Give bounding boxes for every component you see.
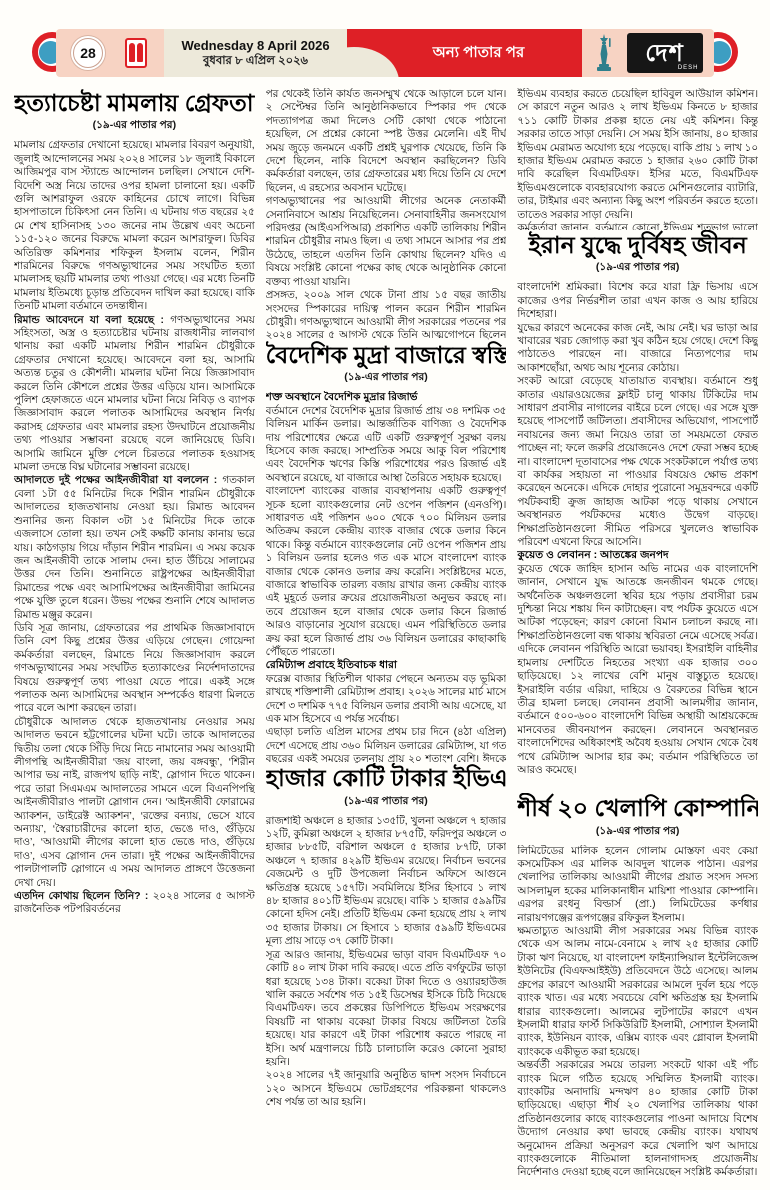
paragraph: ইভিএম ব্যবহার করতে চেয়েছিল হাবিবুল আউয়… [517,88,758,222]
paragraph: প্রসঙ্গত, ২০০৯ সাল থেকে টানা প্রায় ১৫ ব… [266,289,507,340]
paragraph-lead: আদালতে দুই পক্ষের আইনজীবীরা যা বললেন : [14,475,222,486]
paragraph: চৌধুরীকে আদালত থেকে হাজতখানায় নেওয়ার স… [14,716,255,890]
article-headline: হাজার কোটি টাকার ইভিএম এখন [266,763,507,792]
continuation-tag: (১৯-এর পাতার পর) [266,793,507,815]
paragraph: মামলায় গ্রেফতার দেখানো হয়েছে। মামলার ব… [14,139,255,313]
article-text-segment: লিমিটেডের মালিক হলেন গোলাম মোস্তফা এবং ক… [517,845,758,1182]
paragraph: বর্তমানে দেশের বৈদেশিক মুদ্রার রিজার্ভ প… [266,405,507,485]
newspaper-logo: দেশ DESH [627,33,703,73]
article-columns: হত্যাচেষ্টা মামলায় গ্রেফতারের(১৯-এর পাত… [14,88,758,1182]
paragraph: গণঅভ্যুত্থানের পর আওয়ামী লীগের অনেক নেত… [266,195,507,289]
column-3: ইভিএম ব্যবহার করতে চেয়েছিল হাবিবুল আউয়… [517,88,758,1182]
paragraph: যুদ্ধের কারণে অনেকের কাজ নেই, আয় নেই। ঘ… [517,322,758,376]
paragraph: অন্তর্বর্তী সরকারের সময়ে তারল্য সংকটে থ… [517,1059,758,1180]
paragraph: এছাড়া চলতি এপ্রিল মাসের প্রথম চার দিনে … [266,726,507,763]
section-tag: অন্য পাতার পর [433,41,524,66]
date-panel: Wednesday 8 April 2026 বুধবার ৮ এপ্রিল ২… [164,29,347,77]
article-text-segment: বাংলাদেশি শ্রমিকরা। বিশেষ করে যারা ফ্রি … [517,281,758,793]
paragraph: এতদিন কোথায় ছিলেন তিনি? : ২০২৪ সালের ৫ … [14,890,255,917]
paragraph-lead: রিমান্ড আবেদনে যা বলা হয়েছে : [14,315,170,326]
continuation-tag: (১৯-এর পাতার পর) [14,117,255,139]
logo-subtext: DESH [678,65,699,71]
paragraph: কুয়েত থেকে জাহিদ হাসান অভি নামের এক বাং… [517,563,758,643]
date-english: Wednesday 8 April 2026 [181,38,329,54]
page-number-badge: 28 [73,38,103,68]
paragraph: ক্ষমতাচ্যুত আওয়ামী লীগ সরকারের সময় বিভ… [517,925,758,1059]
paragraph: আদালতে দুই পক্ষের আইনজীবীরা যা বললেন : গ… [14,474,255,621]
header-right-strip: দেশ DESH [582,29,714,77]
paragraph: রিমান্ড আবেদনে যা বলা হয়েছে : গণঅভ্যুত্… [14,314,255,475]
article-headline: শীর্ষ ২০ খেলাপি কোম্পানির [517,793,758,822]
edge-ornament-right [714,29,740,77]
continuation-tag: (১৯-এর পাতার পর) [517,259,758,281]
page-number: 28 [80,45,96,61]
paragraph: কর্মকর্তারা জানান, বর্তমানে কোনো ইভিএম শ… [517,222,758,230]
page-header: 28 Wednesday 8 April 2026 বুধবার ৮ এপ্রি… [30,29,740,77]
paragraph: ফরেক্স বাজার স্থিতিশীল থাকার পেছনে অন্যত… [266,673,507,727]
article-text-segment: ইভিএম ব্যবহার করতে চেয়েছিল হাবিবুল আউয়… [517,88,758,230]
article-text-segment: মামলায় গ্রেফতার দেখানো হয়েছে। মামলার ব… [14,139,255,1182]
column-2: পর থেকেই তিনি কার্যত জনসম্মুখ থেকে আড়াল… [266,88,507,1182]
column-1: হত্যাচেষ্টা মামলায় গ্রেফতারের(১৯-এর পাত… [14,88,255,1182]
header-left-strip: 28 [56,29,164,77]
monument-icon [125,38,147,68]
article-subhead: কুয়েত ও লেবানন : আতঙ্কের জনপদ [517,549,758,562]
continuation-tag: (১৯-এর পাতার পর) [517,823,758,845]
paragraph-lead: এতদিন কোথায় ছিলেন তিনি? : [14,891,153,902]
article-subhead: রেমিট্যান্স প্রবাহে ইতিবাচক ধারা [266,659,507,672]
paragraph: বাংলাদেশি শ্রমিকরা। বিশেষ করে যারা ফ্রি … [517,281,758,321]
article-headline: হত্যাচেষ্টা মামলায় গ্রেফতারের [14,88,255,117]
continuation-tag: (১৯-এর পাতার পর) [266,369,507,391]
statue-of-liberty-icon [594,34,614,72]
paragraph: ২০২৪ সালের ৭ই জানুয়ারি অনুষ্ঠিত দ্বাদশ … [266,1069,507,1109]
article-headline: বৈদেশিক মুদ্রা বাজারে স্বস্তি [266,340,507,369]
paragraph: সংকট আরো বেড়েছে যাতায়াত ব্যবস্থায়। বর… [517,375,758,549]
paragraph: বাংলাদেশ ব্যাংকের বাজার ব্যবস্থাপনায় এক… [266,485,507,659]
edge-ornament-left [30,29,56,77]
paragraph: পর থেকেই তিনি কার্যত জনসম্মুখ থেকে আড়াল… [266,88,507,195]
paragraph: এদিকে লেবানন পরিস্থিতি আরো ভয়াবহ। ইসরাই… [517,643,758,777]
paragraph: সূত্র আরও জানায়, ইভিএমের ভাড়া বাবদ বিএ… [266,949,507,1070]
article-text-segment: রাজশাহী অঞ্চলে ৪ হাজার ১৩৫টি, খুলনা অঞ্চ… [266,815,507,1182]
paragraph: ডিবি সূত্র জানায়, গ্রেফতারের পর প্রাথমি… [14,622,255,716]
ornament-half-disc [39,41,56,64]
paragraph: লিমিটেডের মালিক হলেন গোলাম মোস্তফা এবং ক… [517,845,758,925]
newspaper-page: { "colors": { "red":"#de2026", "pink":"#… [0,0,770,1190]
section-banner: অন্য পাতার পর [347,29,582,77]
paragraph: রাজশাহী অঞ্চলে ৪ হাজার ১৩৫টি, খুলনা অঞ্চ… [266,815,507,949]
article-text-segment: শক্ত অবস্থানে বৈদেশিক মুদ্রার রিজার্ভবর্… [266,391,507,763]
date-bengali: বুধবার ৮ এপ্রিল ২০২৬ [203,54,308,68]
article-text-segment: পর থেকেই তিনি কার্যত জনসম্মুখ থেকে আড়াল… [266,88,507,340]
article-headline: ইরান যুদ্ধে দুর্বিষহ জীবন [517,230,758,259]
article-subhead: শক্ত অবস্থানে বৈদেশিক মুদ্রার রিজার্ভ [266,391,507,404]
